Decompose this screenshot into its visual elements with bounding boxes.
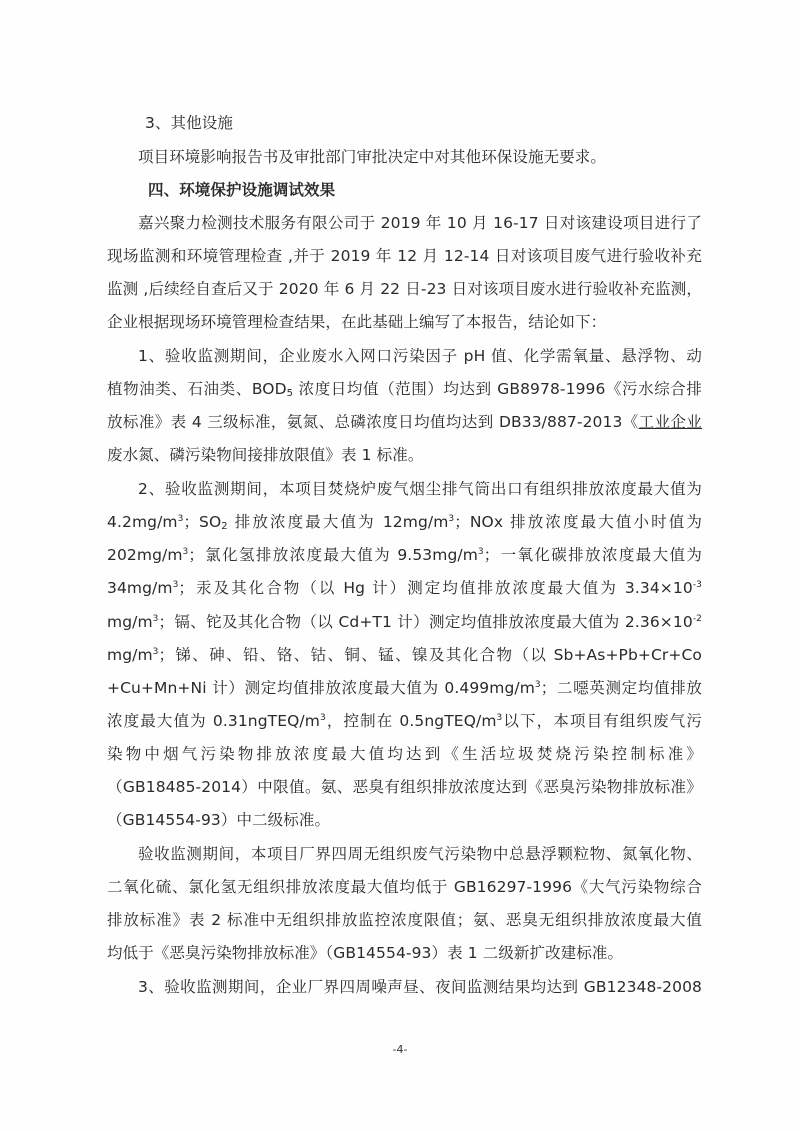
item2-line-9: 染物中烟气污染物排放浓度最大值均达到《生活垃圾焚烧污染控制标准》 xyxy=(107,744,702,764)
text: 浓度日均值（范围）均达到 GB8978-1996《污水综合排 xyxy=(293,380,702,398)
superscript: -3 xyxy=(693,580,702,590)
item2-line-2: 4.2mg/m3；SO2 排放浓度最大值为 12mg/m3；NOx 排放浓度最大… xyxy=(107,512,702,532)
text: 排放浓度最大值为 12mg/m xyxy=(228,513,449,531)
item2-line-6: mg/m3；锑、砷、铅、铬、钴、铜、锰、镍及其化合物（以 Sb+As+Pb+Cr… xyxy=(107,645,702,665)
section-3-text: 项目环境影响报告书及审批部门审批决定中对其他环保设施无要求。 xyxy=(138,147,733,167)
text: ；NOx 排放浓度最大值小时值为 xyxy=(454,513,702,531)
item1-line-3: 放标准》表 4 三级标准，氨氮、总磷浓度日均值均达到 DB33/887-2013… xyxy=(107,412,702,432)
item1-line-1: 1、验收监测期间，企业废水入网口污染因子 pH 值、化学需氧量、悬浮物、动 xyxy=(138,346,702,366)
intro-line-2: 现场监测和环境管理检查 ,并于 2019 年 12 月 12-14 日对该项目废… xyxy=(107,246,702,266)
text: 植物油类、石油类、BOD xyxy=(107,380,287,398)
item2b-line-4: 均低于《恶臭污染物排放标准》（GB14554-93）表 1 二级新扩改建标准。 xyxy=(107,943,702,963)
text: 34mg/m xyxy=(107,579,173,597)
section-3-heading: 3、其他设施 xyxy=(145,113,740,133)
text: mg/m xyxy=(107,646,153,664)
item2-line-7: +Cu+Mn+Ni 计）测定均值排放浓度最大值为 0.499mg/m3；二噁英测… xyxy=(107,678,702,698)
text: 以下，本项目有组织废气污 xyxy=(502,712,702,730)
item2b-line-1: 验收监测期间，本项目厂界四周无组织废气污染物中总悬浮颗粒物、氮氧化物、 xyxy=(138,844,702,864)
document-page: 3、其他设施 项目环境影响报告书及审批部门审批决定中对其他环保设施无要求。 四、… xyxy=(0,0,800,1131)
text: ；汞及其化合物（以 Hg 计）测定均值排放浓度最大值为 3.34×10 xyxy=(178,579,692,597)
text: ；锑、砷、铅、铬、钴、铜、锰、镍及其化合物（以 Sb+As+Pb+Cr+Co xyxy=(159,646,703,664)
text: 放标准》表 4 三级标准，氨氮、总磷浓度日均值均达到 DB33/887-2013… xyxy=(107,413,639,431)
intro-line-4: 企业根据现场环境管理检查结果，在此基础上编写了本报告，结论如下： xyxy=(107,312,702,332)
item2b-line-3: 排放标准》表 2 标准中无组织排放监控浓度限值；氨、恶臭无组织排放浓度最大值 xyxy=(107,910,702,930)
item2-line-3: 202mg/m3；氯化氢排放浓度最大值为 9.53mg/m3；一氧化碳排放浓度最… xyxy=(107,545,702,565)
page-number: -4- xyxy=(0,1043,800,1056)
item2-line-11: （GB14554-93）中二级标准。 xyxy=(107,810,702,830)
item2b-line-2: 二氧化硫、氯化氢无组织排放浓度最大值均低于 GB16297-1996《大气污染物… xyxy=(107,877,702,897)
underlined-text: 工业企业 xyxy=(639,413,702,431)
intro-line-3: 监测 ,后续经自查后又于 2020 年 6 月 22 日-23 日对该项目废水进… xyxy=(107,279,702,299)
item1-line-4: 废水氮、磷污染物间接排放限值》表 1 标准。 xyxy=(107,445,702,465)
text: ，控制在 0.5ngTEQ/m xyxy=(326,712,497,730)
item2-line-8: 浓度最大值为 0.31ngTEQ/m3，控制在 0.5ngTEQ/m3以下，本项… xyxy=(107,711,702,731)
text: ；镉、铊及其化合物（以 Cd+T1 计）测定均值排放浓度最大值为 2.36×10 xyxy=(159,613,693,631)
item3-line-1: 3、验收监测期间，企业厂界四周噪声昼、夜间监测结果均达到 GB12348-200… xyxy=(138,977,702,997)
item1-line-2: 植物油类、石油类、BOD5 浓度日均值（范围）均达到 GB8978-1996《污… xyxy=(107,379,702,399)
intro-line-1: 嘉兴聚力检测技术服务有限公司于 2019 年 10 月 16-17 日对该建设项… xyxy=(138,213,702,233)
text: +Cu+Mn+Ni 计）测定均值排放浓度最大值为 0.499mg/m xyxy=(107,679,535,697)
text: ；氯化氢排放浓度最大值为 9.53mg/m xyxy=(188,546,478,564)
text: ；一氧化碳排放浓度最大值为 xyxy=(484,546,702,564)
text: ；SO xyxy=(183,513,221,531)
item2-line-4: 34mg/m3；汞及其化合物（以 Hg 计）测定均值排放浓度最大值为 3.34×… xyxy=(107,578,702,598)
superscript: -2 xyxy=(693,614,702,624)
item2-line-10: （GB18485-2014）中限值。氨、恶臭有组织排放浓度达到《恶臭污染物排放标… xyxy=(107,777,702,797)
text: mg/m xyxy=(107,613,153,631)
text: ；二噁英测定均值排放 xyxy=(541,679,702,697)
item2-line-5: mg/m3；镉、铊及其化合物（以 Cd+T1 计）测定均值排放浓度最大值为 2.… xyxy=(107,612,702,632)
item2-line-1: 2、验收监测期间，本项目焚烧炉废气烟尘排气筒出口有组织排放浓度最大值为 xyxy=(138,479,702,499)
text: 4.2mg/m xyxy=(107,513,178,531)
text: 浓度最大值为 0.31ngTEQ/m xyxy=(107,712,320,730)
text: 202mg/m xyxy=(107,546,183,564)
section-4-heading: 四、环境保护设施调试效果 xyxy=(148,180,743,200)
